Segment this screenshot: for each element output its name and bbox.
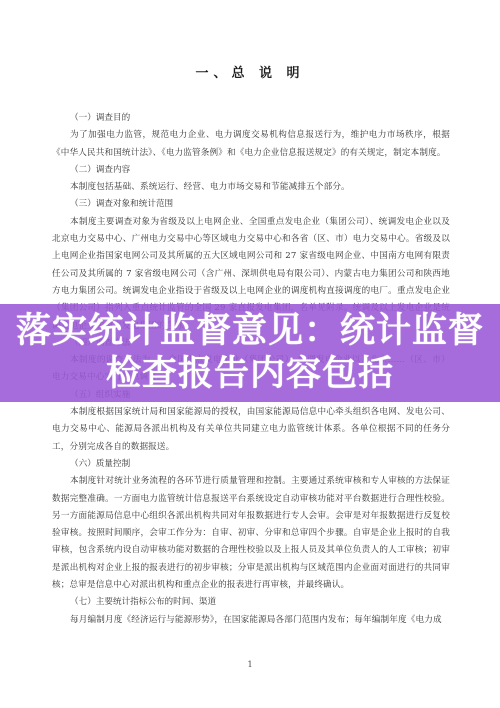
section-heading-scope: （三）调查对象和统计范围 bbox=[52, 196, 450, 213]
headline-banner: 落实统计监督意见：统计监督 检查报告内容包括 bbox=[0, 304, 500, 402]
section-heading-quality-control: （六）质量控制 bbox=[52, 456, 450, 473]
section-paragraph-quality-control: 本制度针对统计业务流程的各环节进行质量管理和控制。主要通过系统审核和专人审核的方… bbox=[52, 473, 450, 594]
section-paragraph-content: 本制度包括基础、系统运行、经营、电力市场交易和节能减排五个部分。 bbox=[52, 179, 450, 196]
document-title: 一、总 说 明 bbox=[0, 62, 500, 81]
headline-line-1: 落实统计监督意见：统计监督 bbox=[16, 310, 484, 353]
section-paragraph-implementation: 本制度根据国家统计局和国家能源局的授权，由国家能源局信息中心牵头组织各电网、发电… bbox=[52, 404, 450, 456]
section-paragraph-publication: 每月编制月度《经济运行与能源形势》，在国家能源局各部门范围内发布；每年编制年度《… bbox=[52, 612, 450, 629]
section-paragraph-purpose: 为了加强电力监管，规范电力企业、电力调度交易机构信息报送行为，维护电力市场秩序，… bbox=[52, 127, 450, 162]
page-number: 1 bbox=[0, 660, 500, 669]
section-heading-content: （二）调查内容 bbox=[52, 162, 450, 179]
headline-line-2: 检查报告内容包括 bbox=[106, 353, 394, 396]
section-heading-purpose: （一）调查目的 bbox=[52, 110, 450, 127]
section-heading-publication: （七）主要统计指标公布的时间、渠道 bbox=[52, 594, 450, 611]
